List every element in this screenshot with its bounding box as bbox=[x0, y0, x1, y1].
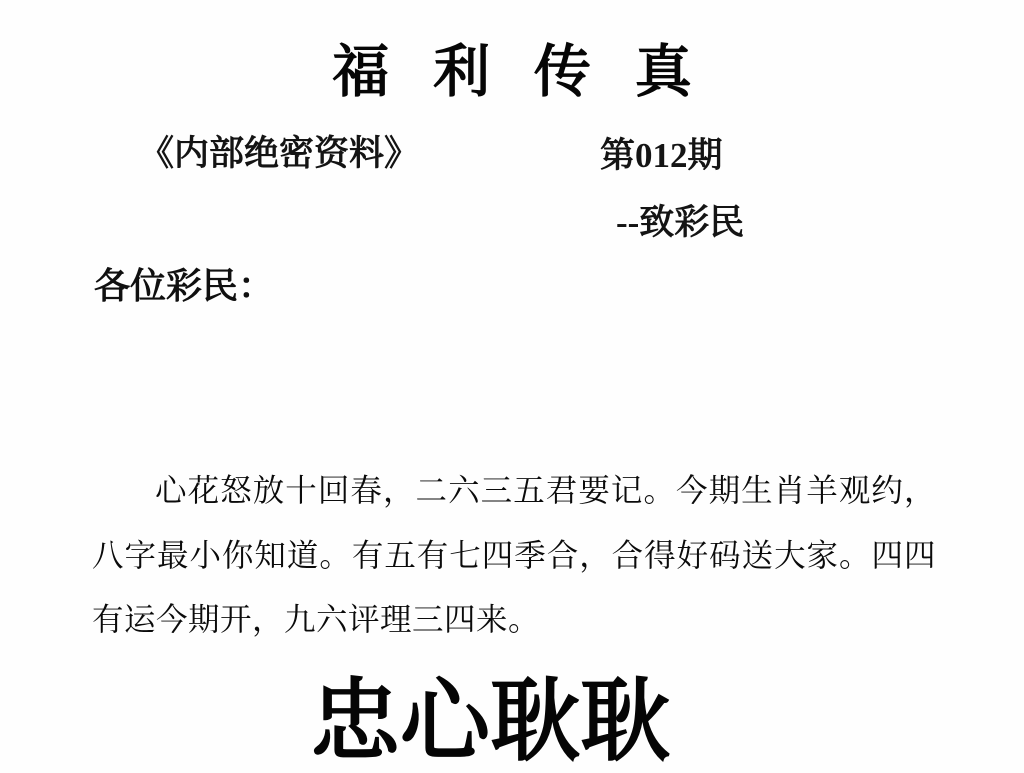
issue-number-label: 第012期 bbox=[600, 128, 723, 178]
fax-document-page: 福 利 传 真 《内部绝密资料》 第012期 --致彩民 各位彩民： 心花怒放十… bbox=[0, 0, 1024, 773]
salutation-line: 各位彩民： bbox=[94, 258, 274, 309]
dedication-line: --致彩民 bbox=[616, 195, 744, 245]
body-paragraph: 心花怒放十回春，二六三五君要记。今期生肖羊观约，八字最小你知道。有五有七四季合，… bbox=[92, 459, 936, 653]
confidential-source-label: 《内部绝密资料》 bbox=[139, 126, 419, 176]
footer-slogan: 忠心耿耿 bbox=[310, 648, 670, 773]
document-title: 福 利 传 真 bbox=[0, 26, 1024, 108]
